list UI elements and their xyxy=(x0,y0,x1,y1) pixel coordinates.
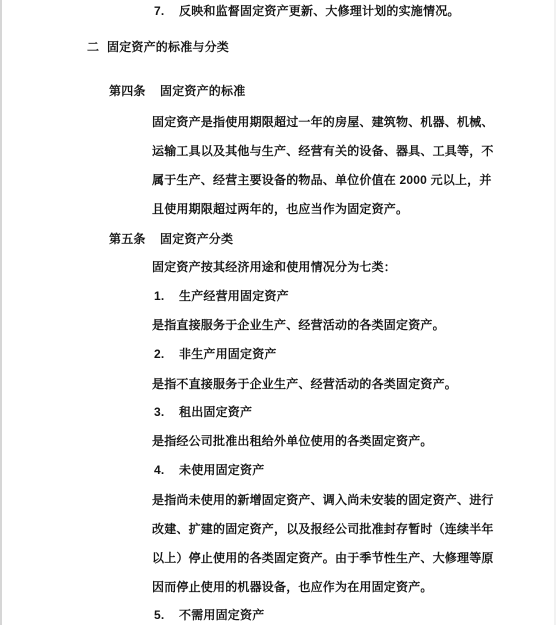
line-text: 是指尚未使用的新增固定资产、调入尚未安装的固定资产、进行 xyxy=(152,493,494,507)
line-number: 7. xyxy=(154,3,179,19)
paragraph-line: 是指不直接服务于企业生产、经营活动的各类固定资产。 xyxy=(152,376,457,392)
line-text: 改建、扩建的固定资产，以及报经公司批准封存暂时（连续半年 xyxy=(152,522,494,536)
line-text: 固定资产分类 xyxy=(160,232,233,246)
numbered-line: 1.生产经营用固定资产 xyxy=(154,288,289,304)
line-text: 是指经公司批准出租给外单位使用的各类固定资产。 xyxy=(152,434,433,448)
line-text: 生产经营用固定资产 xyxy=(179,289,289,303)
line-text: 未使用固定资产 xyxy=(179,463,264,477)
paragraph-line: 固定资产按其经济用途和使用情况分为七类： xyxy=(152,259,396,275)
numbered-line: 5.不需用固定资产 xyxy=(154,607,264,623)
line-text: 是指直接服务于企业生产、经营活动的各类固定资产。 xyxy=(152,318,445,332)
paragraph-line: 运输工具以及其他与生产、经营有关的设备、器具、工具等，不 xyxy=(152,143,494,159)
line-text: 且使用期限超过两年的，也应当作为固定资产。 xyxy=(152,202,408,216)
paragraph-line: 改建、扩建的固定资产，以及报经公司批准封存暂时（连续半年 xyxy=(152,521,494,537)
line-number: 第五条 xyxy=(109,231,160,247)
paragraph-line: 以上）停止使用的各类固定资产。由于季节性生产、大修理等原 xyxy=(152,550,494,566)
line-text: 是指不直接服务于企业生产、经营活动的各类固定资产。 xyxy=(152,377,457,391)
line-number: 3. xyxy=(154,404,179,420)
line-number: 2. xyxy=(154,346,179,362)
numbered-line: 3.租出固定资产 xyxy=(154,404,252,420)
document-page: 7.反映和监督固定资产更新、大修理计划的实施情况。二固定资产的标准与分类第四条固… xyxy=(0,0,556,625)
paragraph-line: 是指经公司批准出租给外单位使用的各类固定资产。 xyxy=(152,433,433,449)
line-text: 固定资产的标准与分类 xyxy=(107,40,229,54)
line-text: 租出固定资产 xyxy=(179,405,252,419)
paragraph-line: 且使用期限超过两年的，也应当作为固定资产。 xyxy=(152,201,408,217)
line-text: 固定资产的标准 xyxy=(160,84,245,98)
paragraph-line: 属于生产、经营主要设备的物品、单位价值在 2000 元以上，并 xyxy=(152,172,492,188)
line-text: 非生产用固定资产 xyxy=(179,347,277,361)
paragraph-line: 是指直接服务于企业生产、经营活动的各类固定资产。 xyxy=(152,317,445,333)
paragraph-line: 固定资产是指使用期限超过一年的房屋、建筑物、机器、机械、 xyxy=(152,114,494,130)
line-number: 1. xyxy=(154,288,179,304)
line-text: 运输工具以及其他与生产、经营有关的设备、器具、工具等，不 xyxy=(152,144,494,158)
document-lines: 7.反映和监督固定资产更新、大修理计划的实施情况。二固定资产的标准与分类第四条固… xyxy=(2,0,554,625)
line-text: 反映和监督固定资产更新、大修理计划的实施情况。 xyxy=(179,4,460,18)
section-line: 二固定资产的标准与分类 xyxy=(87,39,229,55)
line-text: 属于生产、经营主要设备的物品、单位价值在 2000 元以上，并 xyxy=(152,173,492,187)
line-text: 以上）停止使用的各类固定资产。由于季节性生产、大修理等原 xyxy=(152,551,494,565)
line-text: 因而停止使用的机器设备，也应作为在用固定资产。 xyxy=(152,580,433,594)
numbered-line: 7.反映和监督固定资产更新、大修理计划的实施情况。 xyxy=(154,3,460,19)
paragraph-line: 是指尚未使用的新增固定资产、调入尚未安装的固定资产、进行 xyxy=(152,492,494,508)
numbered-line: 2.非生产用固定资产 xyxy=(154,346,277,362)
line-number: 5. xyxy=(154,607,179,623)
line-text: 固定资产按其经济用途和使用情况分为七类： xyxy=(152,260,396,274)
line-number: 二 xyxy=(87,39,107,55)
article-line: 第五条固定资产分类 xyxy=(109,231,233,247)
line-number: 第四条 xyxy=(109,83,160,99)
line-text: 固定资产是指使用期限超过一年的房屋、建筑物、机器、机械、 xyxy=(152,115,494,129)
article-line: 第四条固定资产的标准 xyxy=(109,83,245,99)
line-number: 4. xyxy=(154,462,179,478)
paragraph-line: 因而停止使用的机器设备，也应作为在用固定资产。 xyxy=(152,579,433,595)
numbered-line: 4.未使用固定资产 xyxy=(154,462,264,478)
line-text: 不需用固定资产 xyxy=(179,608,264,622)
